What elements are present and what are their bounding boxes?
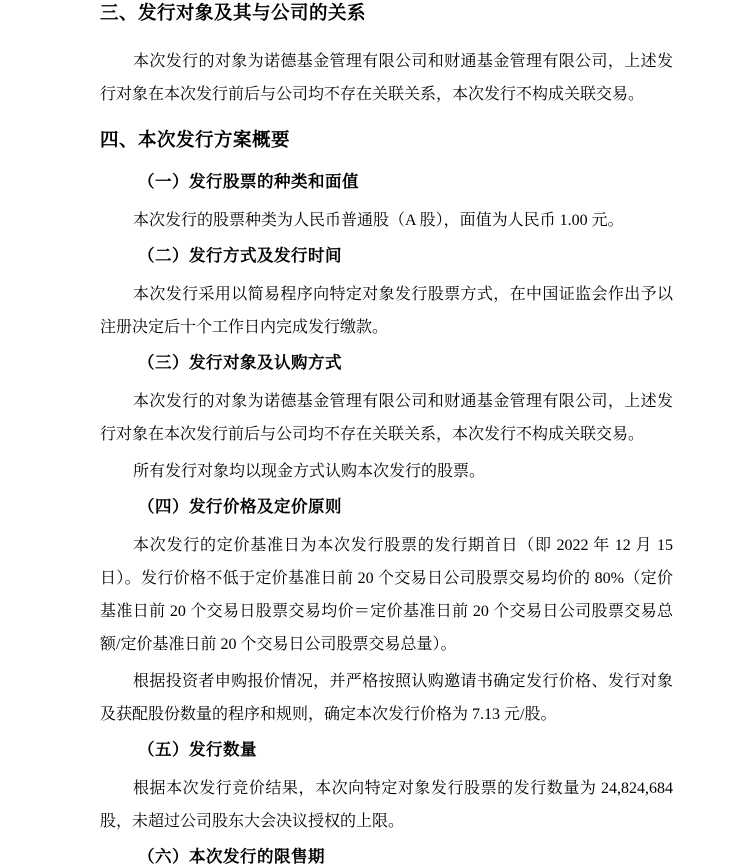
paragraph-subscription-targets: 本次发行的对象为诺德基金管理有限公司和财通基金管理有限公司，上述发行对象在本次发…: [100, 385, 673, 451]
section-heading-3: 三、发行对象及其与公司的关系: [100, 2, 673, 24]
paragraph-issue-targets: 本次发行的对象为诺德基金管理有限公司和财通基金管理有限公司，上述发行对象在本次发…: [100, 45, 673, 111]
subsection-heading-6-lockup: （六）本次发行的限售期: [138, 847, 673, 865]
section-heading-4: 四、本次发行方案概要: [100, 129, 673, 151]
subsection-heading-2-issue-method: （二）发行方式及发行时间: [138, 246, 673, 267]
paragraph-issue-quantity: 根据本次发行竞价结果，本次向特定对象发行股票的发行数量为 24,824,684 …: [100, 772, 673, 838]
paragraph-share-type: 本次发行的股票种类为人民币普通股（A 股），面值为人民币 1.00 元。: [100, 204, 673, 237]
paragraph-final-price: 根据投资者申购报价情况，并严格按照认购邀请书确定发行价格、发行对象及获配股份数量…: [100, 665, 673, 731]
document-page: 三、发行对象及其与公司的关系 本次发行的对象为诺德基金管理有限公司和财通基金管理…: [0, 0, 753, 865]
subsection-heading-1-share-type: （一）发行股票的种类和面值: [138, 172, 673, 193]
subsection-heading-5-quantity: （五）发行数量: [138, 740, 673, 761]
paragraph-issue-method: 本次发行采用以简易程序向特定对象发行股票方式，在中国证监会作出予以注册决定后十个…: [100, 278, 673, 344]
paragraph-cash-subscription: 所有发行对象均以现金方式认购本次发行的股票。: [100, 455, 673, 488]
subsection-heading-3-subscription: （三）发行对象及认购方式: [138, 353, 673, 374]
paragraph-pricing-principle: 本次发行的定价基准日为本次发行股票的发行期首日（即 2022 年 12 月 15…: [100, 529, 673, 661]
subsection-heading-4-pricing: （四）发行价格及定价原则: [138, 497, 673, 518]
